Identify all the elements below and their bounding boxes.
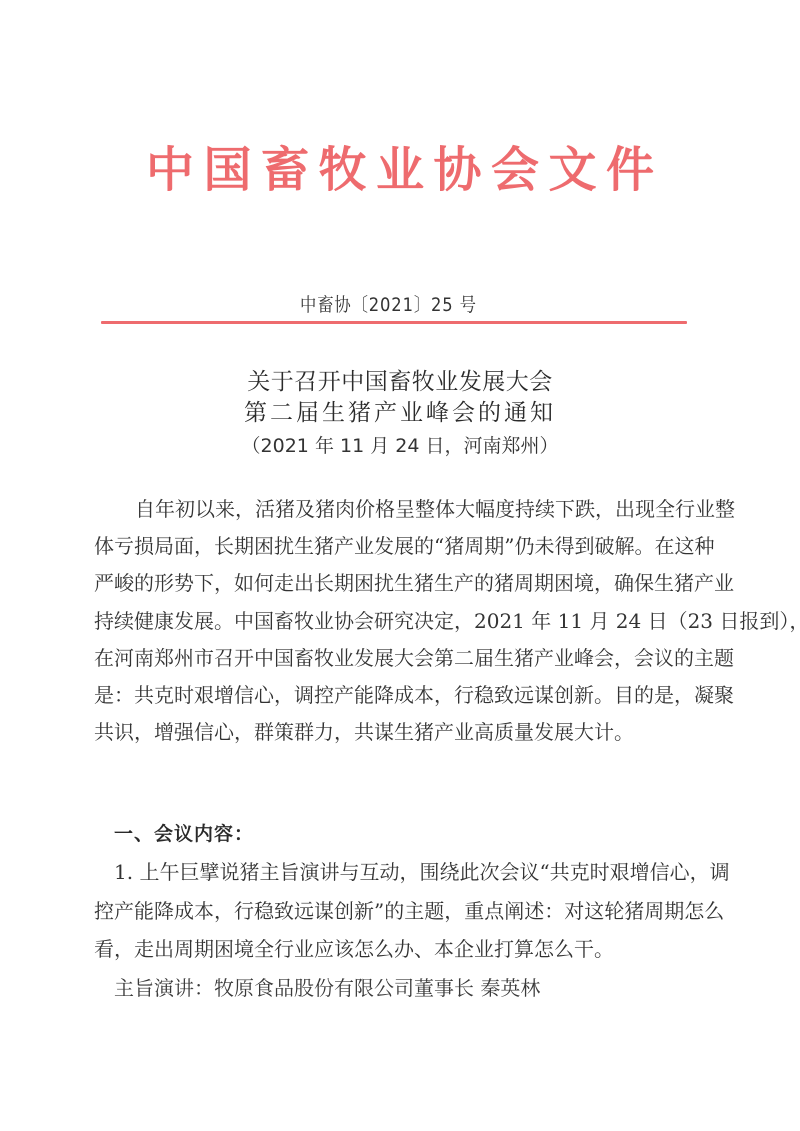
intro-paragraph-line: 持续健康发展。中国畜牧业协会研究决定，2021 年 11 月 24 日（23 日… bbox=[94, 606, 706, 636]
letterhead-char: 业 bbox=[375, 141, 425, 199]
intro-paragraph-line: 体亏损局面，长期困扰生猪产业发展的“猪周期”仍未得到破解。在这种 bbox=[94, 531, 706, 561]
section-heading-meeting-content: 一、会议内容： bbox=[114, 819, 254, 849]
notice-title-line-1: 关于召开中国畜牧业发展大会 bbox=[0, 366, 800, 398]
letterhead-char: 文 bbox=[548, 141, 598, 199]
intro-paragraph-line: 在河南郑州市召开中国畜牧业发展大会第二届生猪产业峰会，会议的主题 bbox=[94, 643, 706, 673]
letterhead-title: 中 国 畜 牧 业 协 会 文 件 bbox=[145, 141, 655, 199]
letterhead-char: 畜 bbox=[260, 141, 310, 199]
letterhead-char: 件 bbox=[605, 141, 655, 199]
intro-paragraph-line: 共识，增强信心，群策群力，共谋生猪产业高质量发展大计。 bbox=[94, 717, 706, 747]
notice-title-line-2: 第二届生猪产业峰会的通知 bbox=[0, 397, 800, 429]
intro-paragraph-line: 自年初以来，活猪及猪肉价格呈整体大幅度持续下跌，出现全行业整 bbox=[135, 494, 706, 524]
agenda-item-line: 控产能降成本，行稳致远谋创新”的主题，重点阐述：对这轮猪周期怎么 bbox=[94, 896, 706, 926]
intro-paragraph-line: 是：共克时艰增信心，调控产能降成本，行稳致远谋创新。目的是，凝聚 bbox=[94, 680, 706, 710]
notice-date-location: （2021 年 11 月 24 日，河南郑州） bbox=[0, 433, 800, 459]
letterhead-char: 国 bbox=[203, 141, 253, 199]
document-page: 中 国 畜 牧 业 协 会 文 件 中畜协〔2021〕25 号 关于召开中国畜牧… bbox=[0, 0, 800, 1131]
keynote-speaker: 主旨演讲：牧原食品股份有限公司董事长 秦英林 bbox=[114, 973, 540, 1003]
letterhead-char: 中 bbox=[145, 141, 195, 199]
letterhead-char: 会 bbox=[490, 141, 540, 199]
letterhead-char: 协 bbox=[433, 141, 483, 199]
letterhead-char: 牧 bbox=[318, 141, 368, 199]
intro-paragraph-line: 严峻的形势下，如何走出长期困扰生猪生产的猪周期困境，确保生猪产业 bbox=[94, 568, 706, 598]
document-number: 中畜协〔2021〕25 号 bbox=[300, 292, 472, 318]
red-divider-rule bbox=[101, 321, 687, 324]
agenda-item-line: 看，走出周期困境全行业应该怎么办、本企业打算怎么干。 bbox=[94, 934, 706, 964]
agenda-item-line: 1. 上午巨擘说猪主旨演讲与互动，围绕此次会议“共克时艰增信心，调 bbox=[114, 857, 706, 887]
